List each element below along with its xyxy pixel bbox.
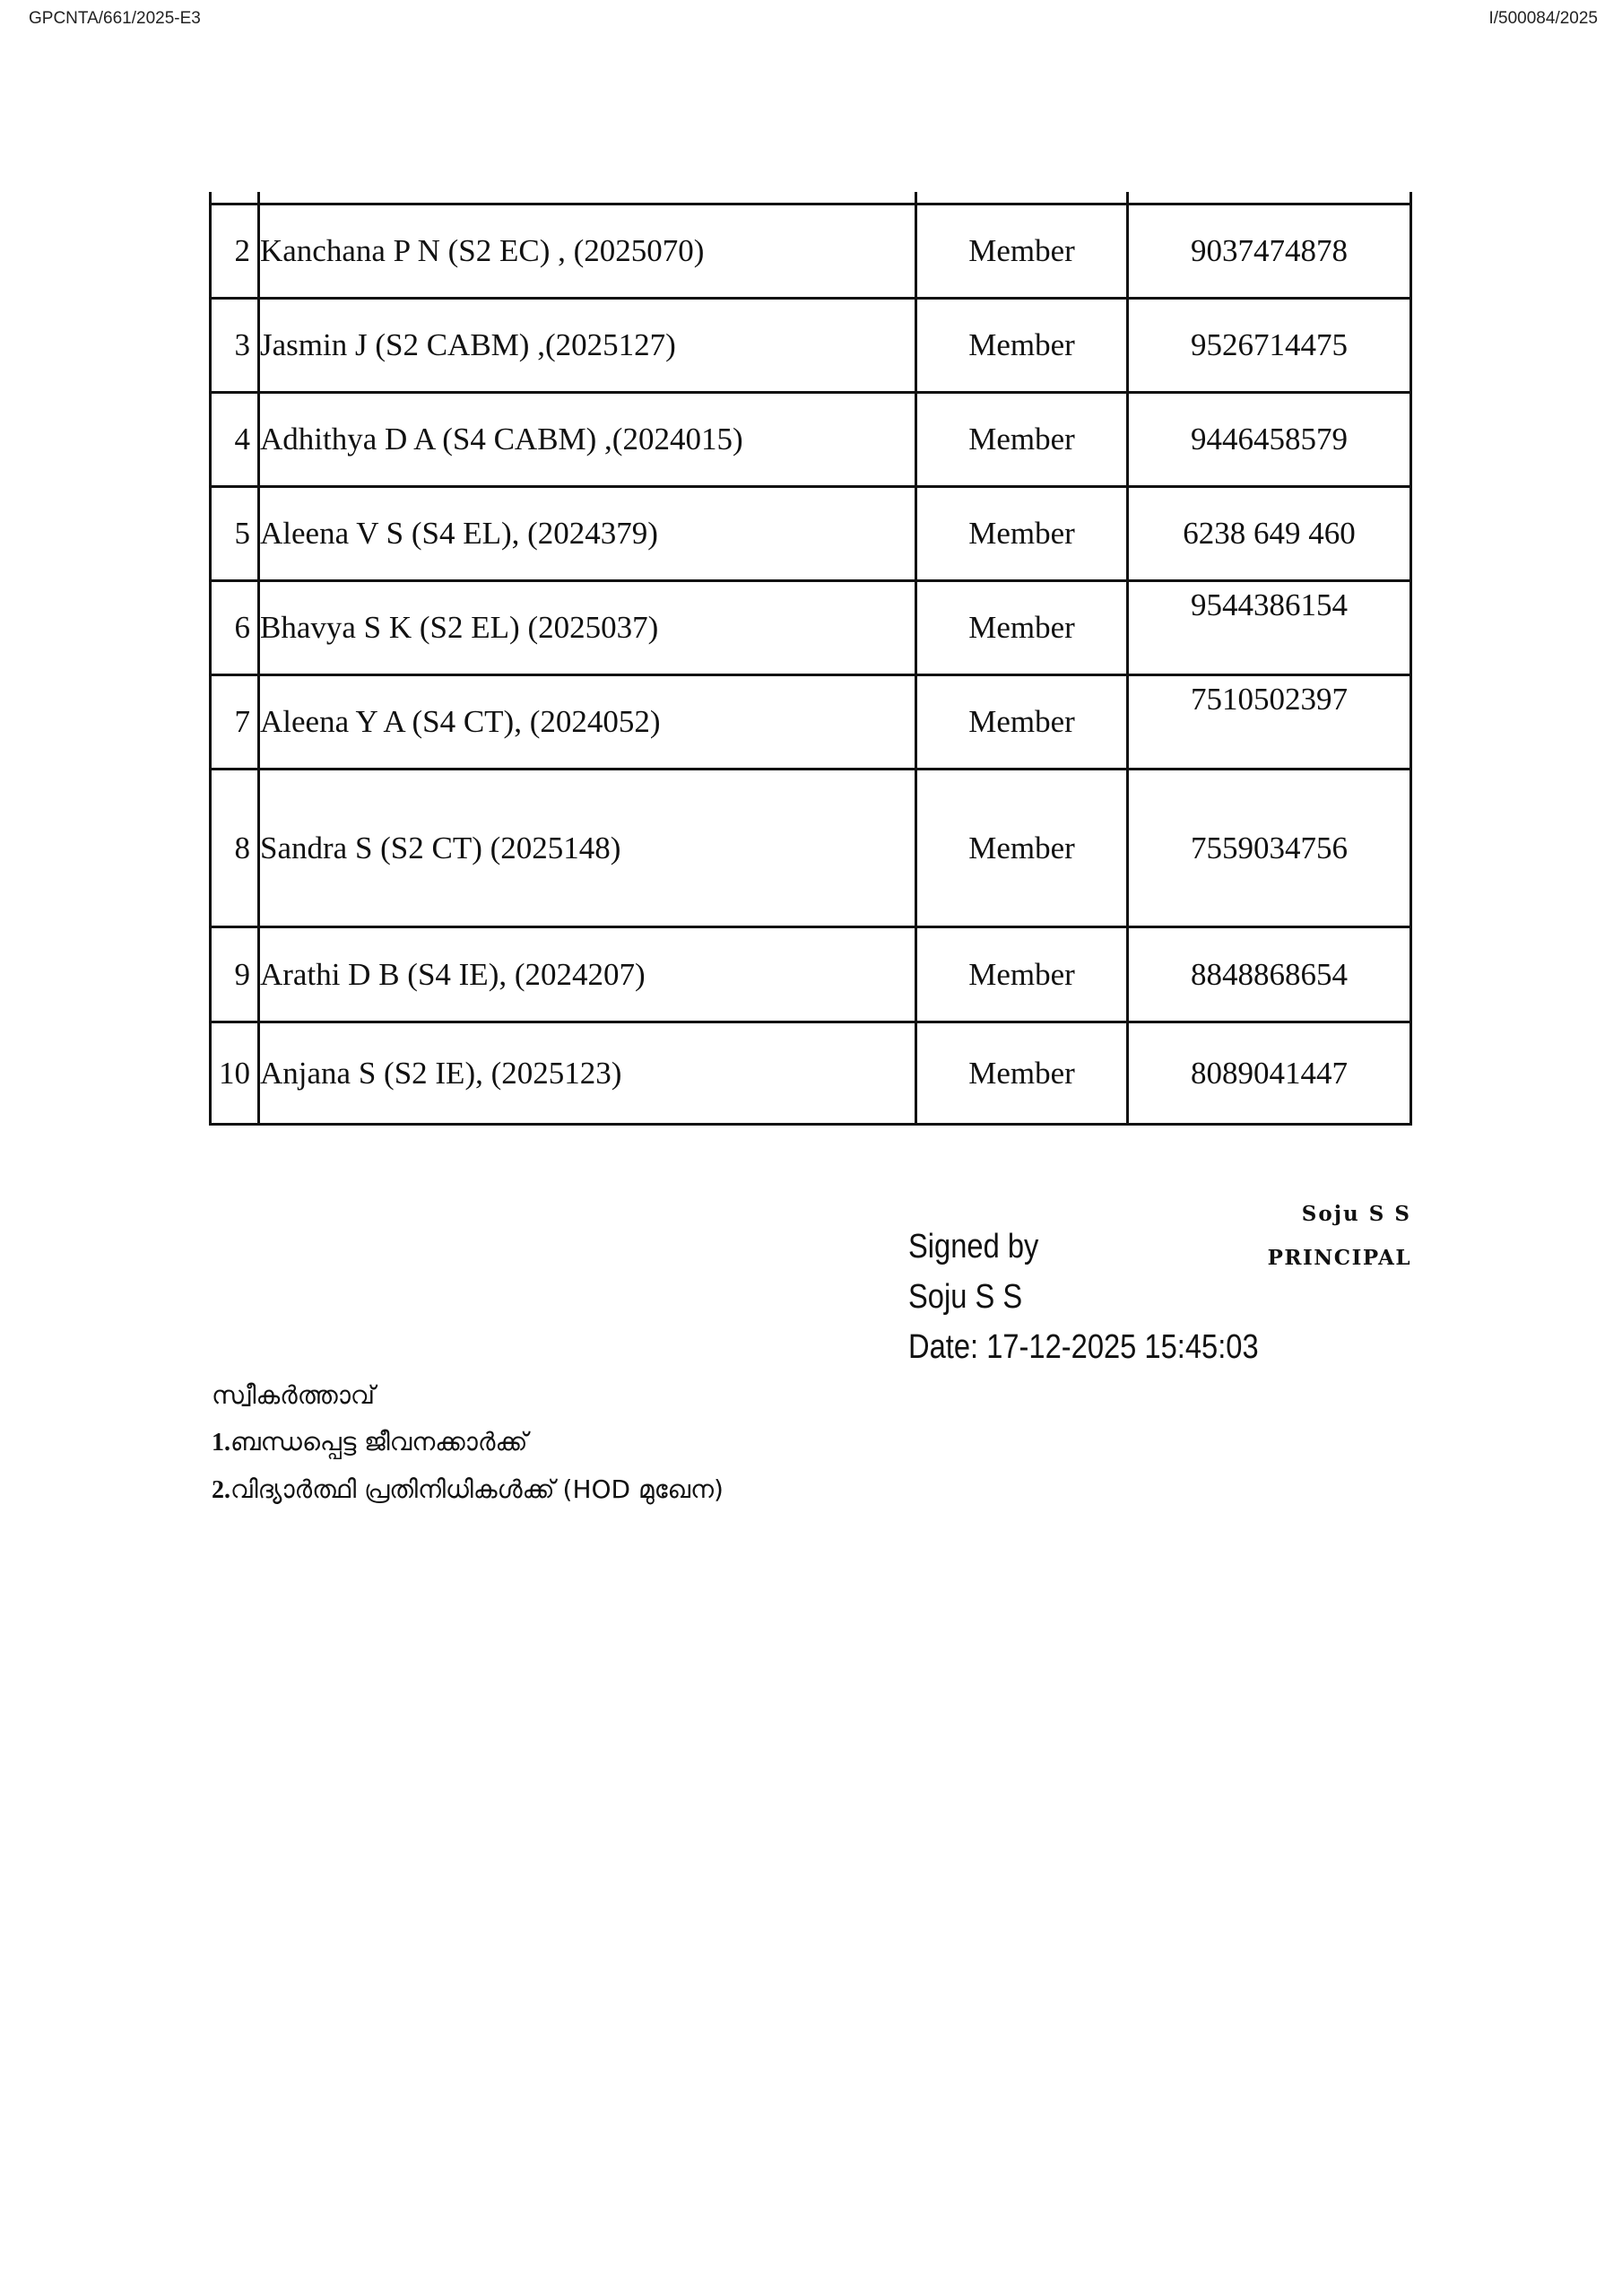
member-phone: 7559034756 [1129, 770, 1409, 926]
document-reference: I/500084/2025 [1488, 9, 1598, 29]
member-name: Anjana S (S2 IE), (2025123) [260, 1023, 917, 1123]
member-phone: 9526714475 [1129, 300, 1409, 391]
signatory-block: Soju S S PRINCIPAL [1268, 1202, 1411, 1270]
member-phone: 9544386154 [1129, 582, 1409, 674]
row-number: 2 [212, 205, 260, 297]
member-phone: 9037474878 [1129, 205, 1409, 297]
member-role: Member [917, 676, 1129, 768]
member-phone: 6238 649 460 [1129, 488, 1409, 579]
signatory-name: Soju S S [1268, 1202, 1411, 1226]
table-row: 10Anjana S (S2 IE), (2025123)Member80890… [212, 1023, 1409, 1126]
member-name: Sandra S (S2 CT) (2025148) [260, 770, 917, 926]
table-row: 2Kanchana P N (S2 EC) , (2025070)Member9… [212, 205, 1409, 300]
member-name: Kanchana P N (S2 EC) , (2025070) [260, 205, 917, 297]
member-name: Adhithya D A (S4 CABM) ,(2024015) [260, 394, 917, 485]
signed-by-label: Signed by [908, 1222, 1259, 1272]
member-phone: 8089041447 [1129, 1023, 1409, 1123]
member-name: Aleena V S (S4 EL), (2024379) [260, 488, 917, 579]
table-row: 6Bhavya S K (S2 EL) (2025037)Member95443… [212, 582, 1409, 676]
member-role: Member [917, 770, 1129, 926]
table-row: 3Jasmin J (S2 CABM) ,(2025127)Member9526… [212, 300, 1409, 394]
member-phone: 7510502397 [1129, 676, 1409, 768]
member-role: Member [917, 394, 1129, 485]
member-role: Member [917, 582, 1129, 674]
member-role: Member [917, 928, 1129, 1021]
member-role: Member [917, 205, 1129, 297]
table-body: 2Kanchana P N (S2 EC) , (2025070)Member9… [209, 203, 1412, 1126]
table-row: 9Arathi D B (S4 IE), (2024207)Member8848… [212, 928, 1409, 1023]
file-reference: GPCNTA/661/2025-E3 [29, 9, 201, 29]
signature-date: Date: 17-12-2025 15:45:03 [908, 1322, 1259, 1372]
member-role: Member [917, 300, 1129, 391]
row-number: 7 [212, 676, 260, 768]
copy-to-heading: സ്വീകർത്താവ് [212, 1372, 724, 1419]
row-number: 8 [212, 770, 260, 926]
table-row: 7Aleena Y A (S4 CT), (2024052)Member7510… [212, 676, 1409, 770]
member-role: Member [917, 1023, 1129, 1123]
member-name: Bhavya S K (S2 EL) (2025037) [260, 582, 917, 674]
copy-to-item: 1.ബന്ധപ്പെട്ട ജീവനക്കാർക്ക് [212, 1419, 724, 1466]
member-name: Arathi D B (S4 IE), (2024207) [260, 928, 917, 1021]
table-row: 5Aleena V S (S4 EL), (2024379)Member6238… [212, 488, 1409, 582]
row-number: 3 [212, 300, 260, 391]
member-name: Jasmin J (S2 CABM) ,(2025127) [260, 300, 917, 391]
copy-to-item: 2.വിദ്യാർത്ഥി പ്രതിനിധികൾക്ക് (HOD മുഖേന… [212, 1466, 724, 1514]
member-phone: 9446458579 [1129, 394, 1409, 485]
signatory-title: PRINCIPAL [1268, 1246, 1411, 1270]
row-number: 10 [212, 1023, 260, 1123]
row-number: 4 [212, 394, 260, 485]
row-number: 9 [212, 928, 260, 1021]
member-role: Member [917, 488, 1129, 579]
row-number: 5 [212, 488, 260, 579]
table-row: 4Adhithya D A (S4 CABM) ,(2024015)Member… [212, 394, 1409, 488]
member-name: Aleena Y A (S4 CT), (2024052) [260, 676, 917, 768]
table-row: 8Sandra S (S2 CT) (2025148)Member7559034… [212, 770, 1409, 928]
signer-name: Soju S S [908, 1272, 1259, 1322]
copy-to-section: സ്വീകർത്താവ് 1.ബന്ധപ്പെട്ട ജീവനക്കാർക്ക്… [212, 1372, 724, 1514]
row-number: 6 [212, 582, 260, 674]
member-phone: 8848868654 [1129, 928, 1409, 1021]
digital-signature: Signed by Soju S S Date: 17-12-2025 15:4… [908, 1222, 1259, 1372]
